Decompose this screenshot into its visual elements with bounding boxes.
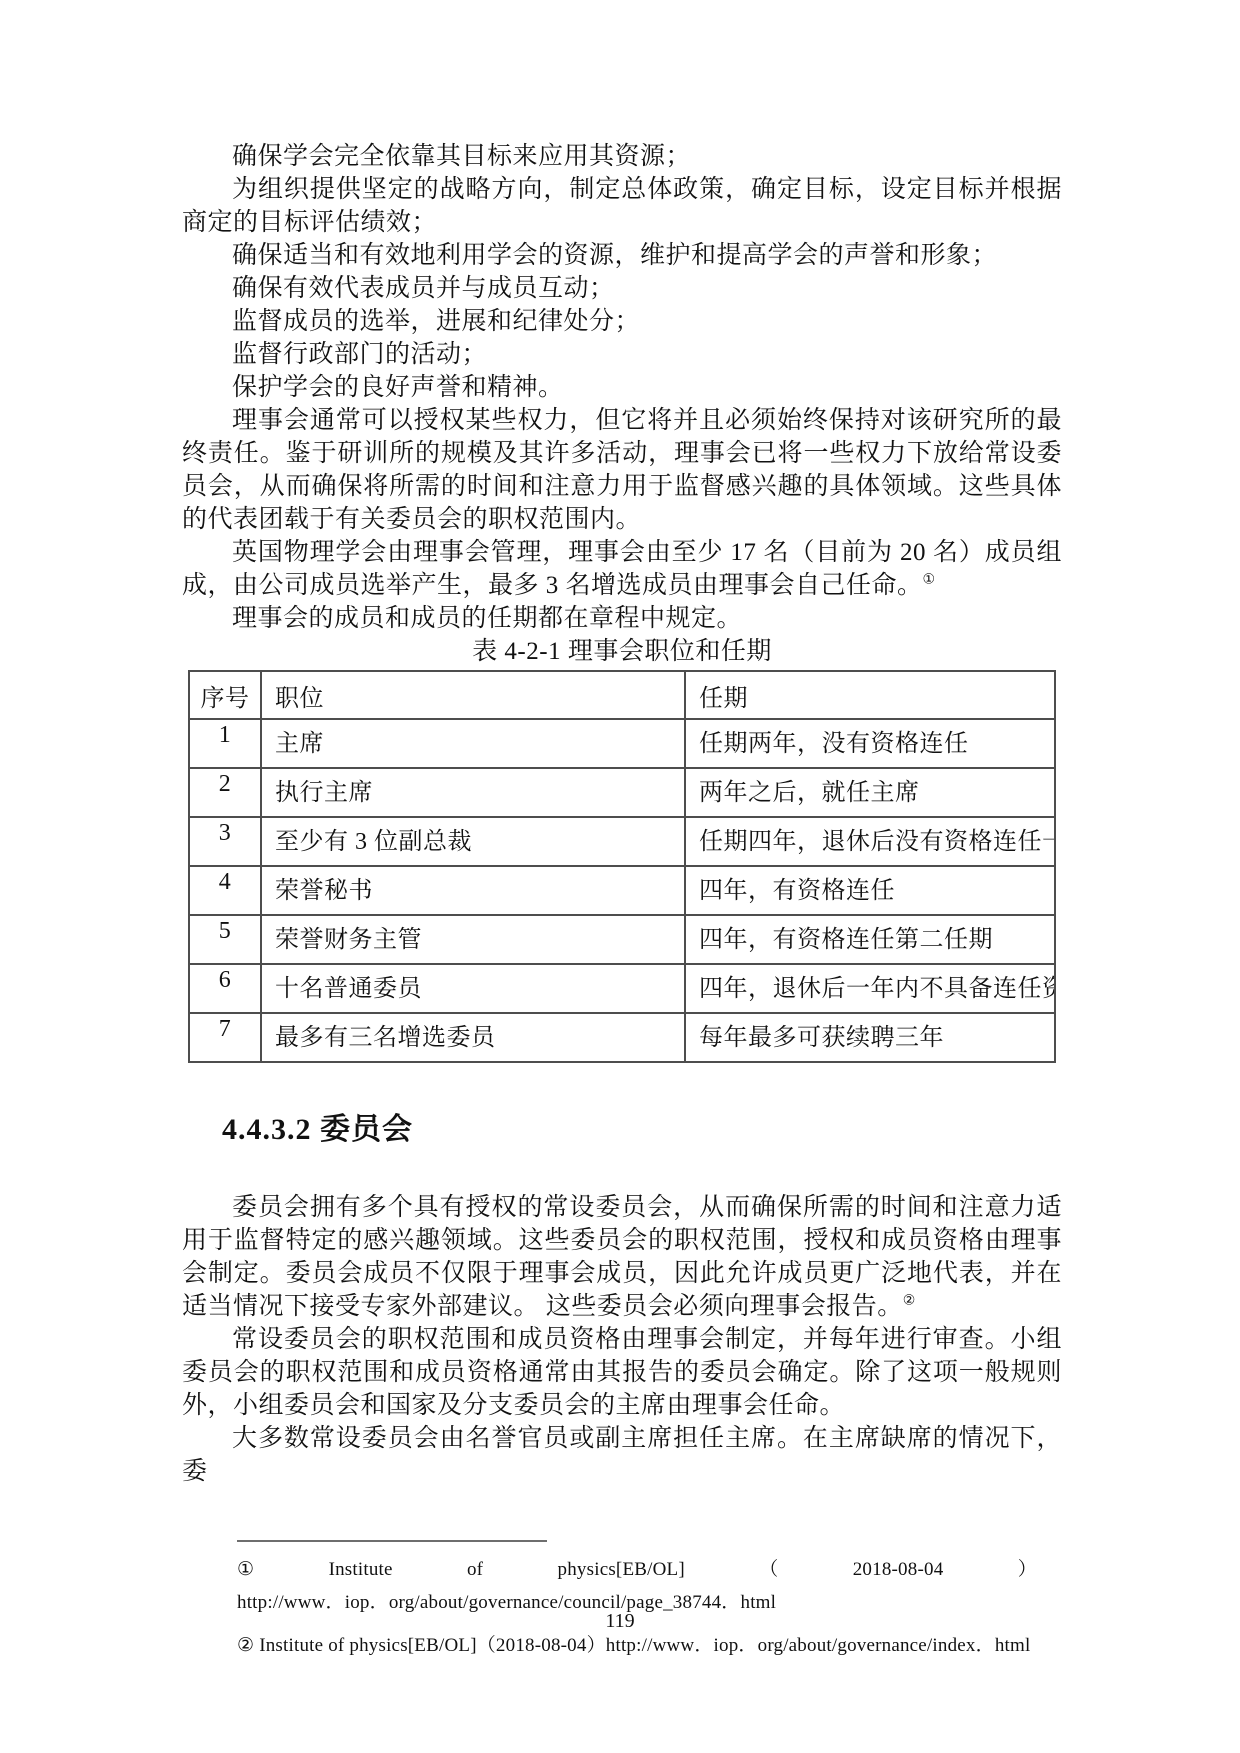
footnote-token: Institute — [329, 1554, 393, 1585]
table-header-row: 序号 职位 任期 — [189, 671, 1055, 719]
cell-num: 1 — [189, 719, 261, 768]
council-positions-table: 序号 职位 任期 1 主席 任期两年，没有资格连任 2 执行主席 两年之后，就任… — [188, 670, 1056, 1063]
table-row: 5 荣誉财务主管 四年，有资格连任第二任期 — [189, 915, 1055, 964]
table-row: 6 十名普通委员 四年，退休后一年内不具备连任资格 — [189, 964, 1055, 1013]
table-row: 7 最多有三名增选委员 每年最多可获续聘三年 — [189, 1013, 1055, 1062]
section-paragraph: 大多数常设委员会由名誉官员或副主席担任主席。在主席缺席的情况下，委 — [182, 1422, 1062, 1488]
footnote-token: physics[EB/OL] — [558, 1554, 685, 1585]
footnote-separator — [237, 1540, 547, 1542]
cell-position: 十名普通委员 — [261, 964, 685, 1013]
footnote-token: of — [467, 1554, 483, 1585]
document-page: { "body": { "paragraphs": [ {"text": "确保… — [0, 0, 1240, 1753]
page-content: 确保学会完全依靠其目标来应用其资源； 为组织提供坚定的战略方向，制定总体政策，确… — [182, 0, 1062, 1661]
paragraph-text: 英国物理学会由理事会管理，理事会由至少 17 名（目前为 20 名）成员组成，由… — [182, 539, 1062, 599]
body-paragraph: 理事会的成员和成员的任期都在章程中规定。 — [182, 602, 1062, 635]
footnote-token: 2018-08-04 — [853, 1554, 944, 1585]
body-paragraph: 确保学会完全依靠其目标来应用其资源； — [182, 140, 1062, 173]
cell-position: 荣誉财务主管 — [261, 915, 685, 964]
cell-term: 任期两年，没有资格连任 — [685, 719, 1055, 768]
section-paragraph: 常设委员会的职权范围和成员资格由理事会制定，并每年进行审查。小组委员会的职权范围… — [182, 1323, 1062, 1422]
cell-term: 四年，有资格连任第二任期 — [685, 915, 1055, 964]
footnote-token: ） — [1018, 1554, 1037, 1585]
cell-num: 5 — [189, 915, 261, 964]
header-term: 任期 — [685, 671, 1055, 719]
cell-term: 四年，退休后一年内不具备连任资格 — [685, 964, 1055, 1013]
body-paragraph: 确保适当和有效地利用学会的资源，维护和提高学会的声誉和形象； — [182, 239, 1062, 272]
section-heading: 4.4.3.2 委员会 — [222, 1109, 1062, 1151]
footnote-1: ① Institute of physics[EB/OL] （ 2018-08-… — [237, 1554, 1037, 1585]
cell-position: 至少有 3 位副总裁 — [261, 817, 685, 866]
footnote-marker: ② — [237, 1635, 254, 1656]
cell-num: 7 — [189, 1013, 261, 1062]
paragraph-text: 委员会拥有多个具有授权的常设委员会，从而确保所需的时间和注意力适用于监督特定的感… — [182, 1194, 1062, 1320]
table-row: 3 至少有 3 位副总裁 任期四年，退休后没有资格连任一年 — [189, 817, 1055, 866]
cell-position: 执行主席 — [261, 768, 685, 817]
body-paragraph: 英国物理学会由理事会管理，理事会由至少 17 名（目前为 20 名）成员组成，由… — [182, 536, 1062, 602]
cell-term: 任期四年，退休后没有资格连任一年 — [685, 817, 1055, 866]
body-paragraph: 监督成员的选举，进展和纪律处分； — [182, 305, 1062, 338]
body-paragraph: 为组织提供坚定的战略方向，制定总体政策，确定目标，设定目标并根据商定的目标评估绩… — [182, 173, 1062, 239]
table-row: 4 荣誉秘书 四年，有资格连任 — [189, 866, 1055, 915]
cell-term: 两年之后，就任主席 — [685, 768, 1055, 817]
cell-position: 荣誉秘书 — [261, 866, 685, 915]
body-paragraph: 保护学会的良好声誉和精神。 — [182, 371, 1062, 404]
table-row: 1 主席 任期两年，没有资格连任 — [189, 719, 1055, 768]
footnote-ref-2: ② — [903, 1294, 916, 1309]
footnote-ref-1: ① — [923, 573, 936, 588]
body-paragraph: 确保有效代表成员并与成员互动； — [182, 272, 1062, 305]
page-number: 119 — [0, 1610, 1240, 1633]
cell-position: 主席 — [261, 719, 685, 768]
cell-term: 四年，有资格连任 — [685, 866, 1055, 915]
header-position: 职位 — [261, 671, 685, 719]
body-paragraph: 监督行政部门的活动； — [182, 338, 1062, 371]
cell-num: 6 — [189, 964, 261, 1013]
footnote-token: （ — [759, 1554, 778, 1585]
cell-term: 每年最多可获续聘三年 — [685, 1013, 1055, 1062]
footnote-marker: ① — [237, 1554, 254, 1585]
footnote-2: ② Institute of physics[EB/OL]（2018-08-04… — [237, 1630, 1062, 1661]
table-caption: 表 4-2-1 理事会职位和任期 — [182, 635, 1062, 668]
section-paragraph: 委员会拥有多个具有授权的常设委员会，从而确保所需的时间和注意力适用于监督特定的感… — [182, 1191, 1062, 1323]
cell-num: 4 — [189, 866, 261, 915]
body-paragraph: 理事会通常可以授权某些权力，但它将并且必须始终保持对该研究所的最终责任。鉴于研训… — [182, 404, 1062, 536]
cell-num: 2 — [189, 768, 261, 817]
cell-num: 3 — [189, 817, 261, 866]
header-num: 序号 — [189, 671, 261, 719]
table-row: 2 执行主席 两年之后，就任主席 — [189, 768, 1055, 817]
cell-position: 最多有三名增选委员 — [261, 1013, 685, 1062]
footnote-text: Institute of physics[EB/OL]（2018-08-04）h… — [259, 1635, 1030, 1656]
